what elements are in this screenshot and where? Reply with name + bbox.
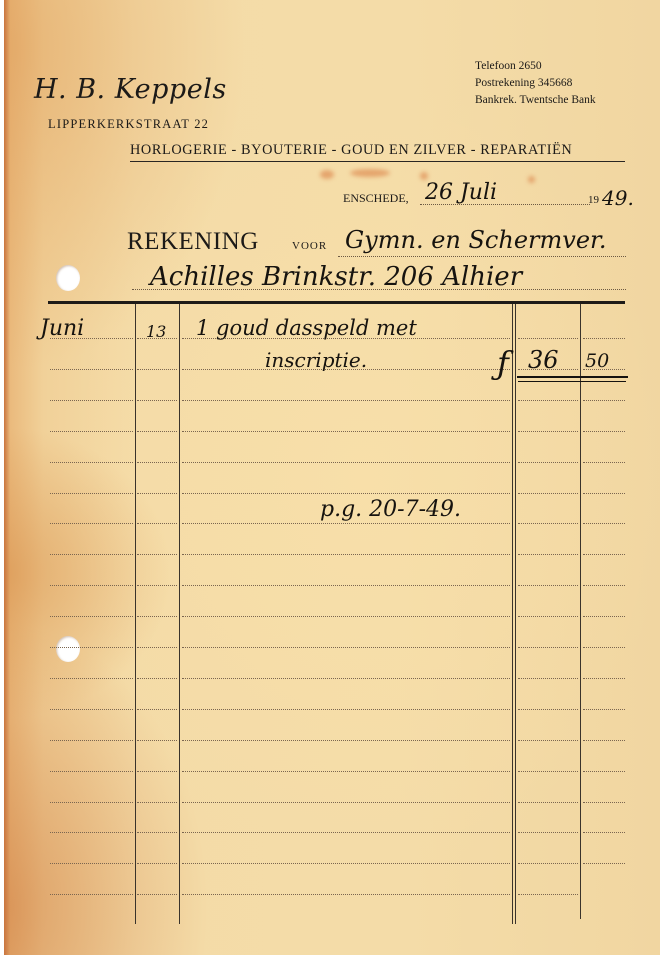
total-double-underline (518, 381, 626, 382)
trades-line: HORLOGERIE - BYOUTERIE - GOUD EN ZILVER … (130, 142, 625, 162)
entry-month: Juni (40, 316, 84, 341)
ledger-dotted-segment (583, 616, 625, 617)
ledger-dotted-segment (518, 678, 578, 679)
ledger-dotted-segment (137, 832, 177, 833)
ledger-dotted-segment (518, 771, 578, 772)
ledger-dotted-segment (182, 771, 510, 772)
company-name: H. B. Keppels (34, 74, 227, 105)
ledger-dotted-segment (50, 863, 133, 864)
ledger-dotted-segment (583, 554, 625, 555)
ledger-dotted-segment (50, 832, 133, 833)
ledger-dotted-segment (137, 493, 177, 494)
ledger-dotted-segment (137, 369, 177, 370)
ledger-dotted-segment (50, 771, 133, 772)
contact-block: Telefoon 2650 Postrekening 345668 Bankre… (475, 58, 596, 109)
ledger-dotted-segment (182, 554, 510, 555)
entry-day: 13 (146, 322, 166, 341)
place-label: ENSCHEDE, (343, 191, 409, 206)
ledger-dotted-segment (518, 431, 578, 432)
ledger-dotted-segment (137, 647, 177, 648)
punch-hole-top (56, 265, 80, 291)
ledger-dotted-segment (518, 400, 578, 401)
ledger-dotted-segment (182, 585, 510, 586)
column-divider-cents (580, 304, 581, 919)
ledger-dotted-segment (518, 338, 578, 339)
ledger-dotted-segment (182, 709, 510, 710)
ledger-dotted-segment (518, 554, 578, 555)
ledger-dotted-segment (50, 431, 133, 432)
ledger-dotted-segment (50, 802, 133, 803)
ledger-dotted-segment (182, 832, 510, 833)
recipient-line-1: Gymn. en Schermver. (345, 226, 607, 254)
ledger-dotted-segment (583, 400, 625, 401)
ledger-dotted-segment (518, 709, 578, 710)
ledger-dotted-segment (137, 554, 177, 555)
punch-hole-bottom (56, 636, 80, 662)
voor-label: VOOR (292, 240, 327, 252)
ledger-dotted-segment (50, 678, 133, 679)
column-divider-description (179, 304, 180, 924)
ledger-dotted-segment (583, 678, 625, 679)
ledger-dotted-segment (583, 493, 625, 494)
giro-account: Postrekening 345668 (475, 75, 596, 92)
entry-description-line-1: 1 goud dasspeld met (196, 316, 417, 340)
ledger-dotted-segment (137, 523, 177, 524)
ledger-dotted-segment (518, 832, 578, 833)
ledger-dotted-segment (50, 400, 133, 401)
handwritten-date: 26 Juli (425, 180, 497, 205)
ledger-dotted-segment (50, 554, 133, 555)
rust-stain (320, 170, 334, 179)
ledger-dotted-segment (137, 400, 177, 401)
ledger-dotted-segment (50, 894, 133, 895)
ledger-dotted-segment (182, 523, 510, 524)
column-divider-amount-left (512, 304, 513, 924)
ledger-dotted-segment (182, 802, 510, 803)
ledger-dotted-segment (583, 863, 625, 864)
ledger-dotted-segment (182, 462, 510, 463)
ledger-dotted-segment (518, 647, 578, 648)
total-double-underline (517, 376, 628, 378)
ledger-dotted-segment (518, 616, 578, 617)
ledger-dotted-segment (583, 832, 625, 833)
phone-number: Telefoon 2650 (475, 58, 596, 75)
ledger-dotted-segment (518, 493, 578, 494)
ledger-dotted-segment (583, 802, 625, 803)
ledger-dotted-segment (583, 709, 625, 710)
ledger-dotted-segment (50, 740, 133, 741)
recipient-line-2: Achilles Brinkstr. 206 Alhier (150, 262, 522, 292)
ledger-dotted-segment (137, 431, 177, 432)
bank-account: Bankrek. Twentsche Bank (475, 92, 596, 109)
ledger-dotted-segment (518, 894, 578, 895)
ledger-dotted-segment (137, 585, 177, 586)
ledger-dotted-segment (583, 462, 625, 463)
ledger-dotted-segment (182, 616, 510, 617)
ledger-dotted-segment (50, 369, 133, 370)
ledger-dotted-segment (50, 493, 133, 494)
entry-description-line-2: inscriptie. (265, 348, 367, 372)
rust-stain (528, 176, 535, 183)
entry-guilders: 36 (528, 346, 559, 374)
ledger-dotted-segment (182, 894, 510, 895)
ledger-dotted-segment (182, 863, 510, 864)
rust-stain (420, 172, 428, 180)
ledger-dotted-segment (182, 647, 510, 648)
ledger-dotted-segment (583, 338, 625, 339)
ledger-dotted-segment (583, 740, 625, 741)
ledger-dotted-segment (182, 431, 510, 432)
ledger-dotted-segment (137, 863, 177, 864)
ledger-dotted-segment (137, 462, 177, 463)
ledger-dotted-segment (137, 802, 177, 803)
ledger-dotted-segment (137, 894, 177, 895)
ledger-dotted-segment (50, 647, 133, 648)
ledger-dotted-segment (50, 523, 133, 524)
ledger-dotted-segment (518, 863, 578, 864)
ledger-dotted-segment (182, 400, 510, 401)
ledger-dotted-segment (518, 740, 578, 741)
ledger-dotted-segment (518, 462, 578, 463)
ledger-dotted-segment (137, 709, 177, 710)
ledger-dotted-segment (137, 616, 177, 617)
company-address: LIPPERKERKSTRAAT 22 (48, 117, 209, 132)
ledger-dotted-segment (137, 740, 177, 741)
ledger-dotted-segment (50, 585, 133, 586)
entry-cents: 50 (585, 350, 609, 372)
ledger-dotted-segment (50, 709, 133, 710)
recipient-dotted-line-1 (338, 256, 626, 257)
ledger-dotted-segment (50, 616, 133, 617)
ledger-dotted-segment (583, 585, 625, 586)
ledger-dotted-segment (583, 771, 625, 772)
ledger-dotted-segment (583, 431, 625, 432)
currency-symbol: ƒ (497, 344, 509, 382)
handwritten-year: 49. (602, 186, 634, 210)
ledger-dotted-segment (182, 678, 510, 679)
ledger-dotted-segment (583, 523, 625, 524)
ledger-dotted-segment (182, 740, 510, 741)
ledger-dotted-segment (182, 493, 510, 494)
invoice-title: REKENING (127, 228, 259, 256)
payment-note: p.g. 20-7-49. (320, 497, 461, 522)
column-divider-amount-right (515, 304, 516, 924)
ledger-dotted-segment (583, 647, 625, 648)
ledger-dotted-segment (137, 678, 177, 679)
rust-stain (350, 169, 390, 177)
ledger-dotted-segment (518, 523, 578, 524)
ledger-dotted-segment (518, 802, 578, 803)
year-prefix: 19 (588, 194, 599, 206)
ledger-dotted-segment (518, 585, 578, 586)
column-divider-day (135, 304, 136, 924)
ledger-dotted-segment (50, 462, 133, 463)
ledger-dotted-segment (137, 771, 177, 772)
